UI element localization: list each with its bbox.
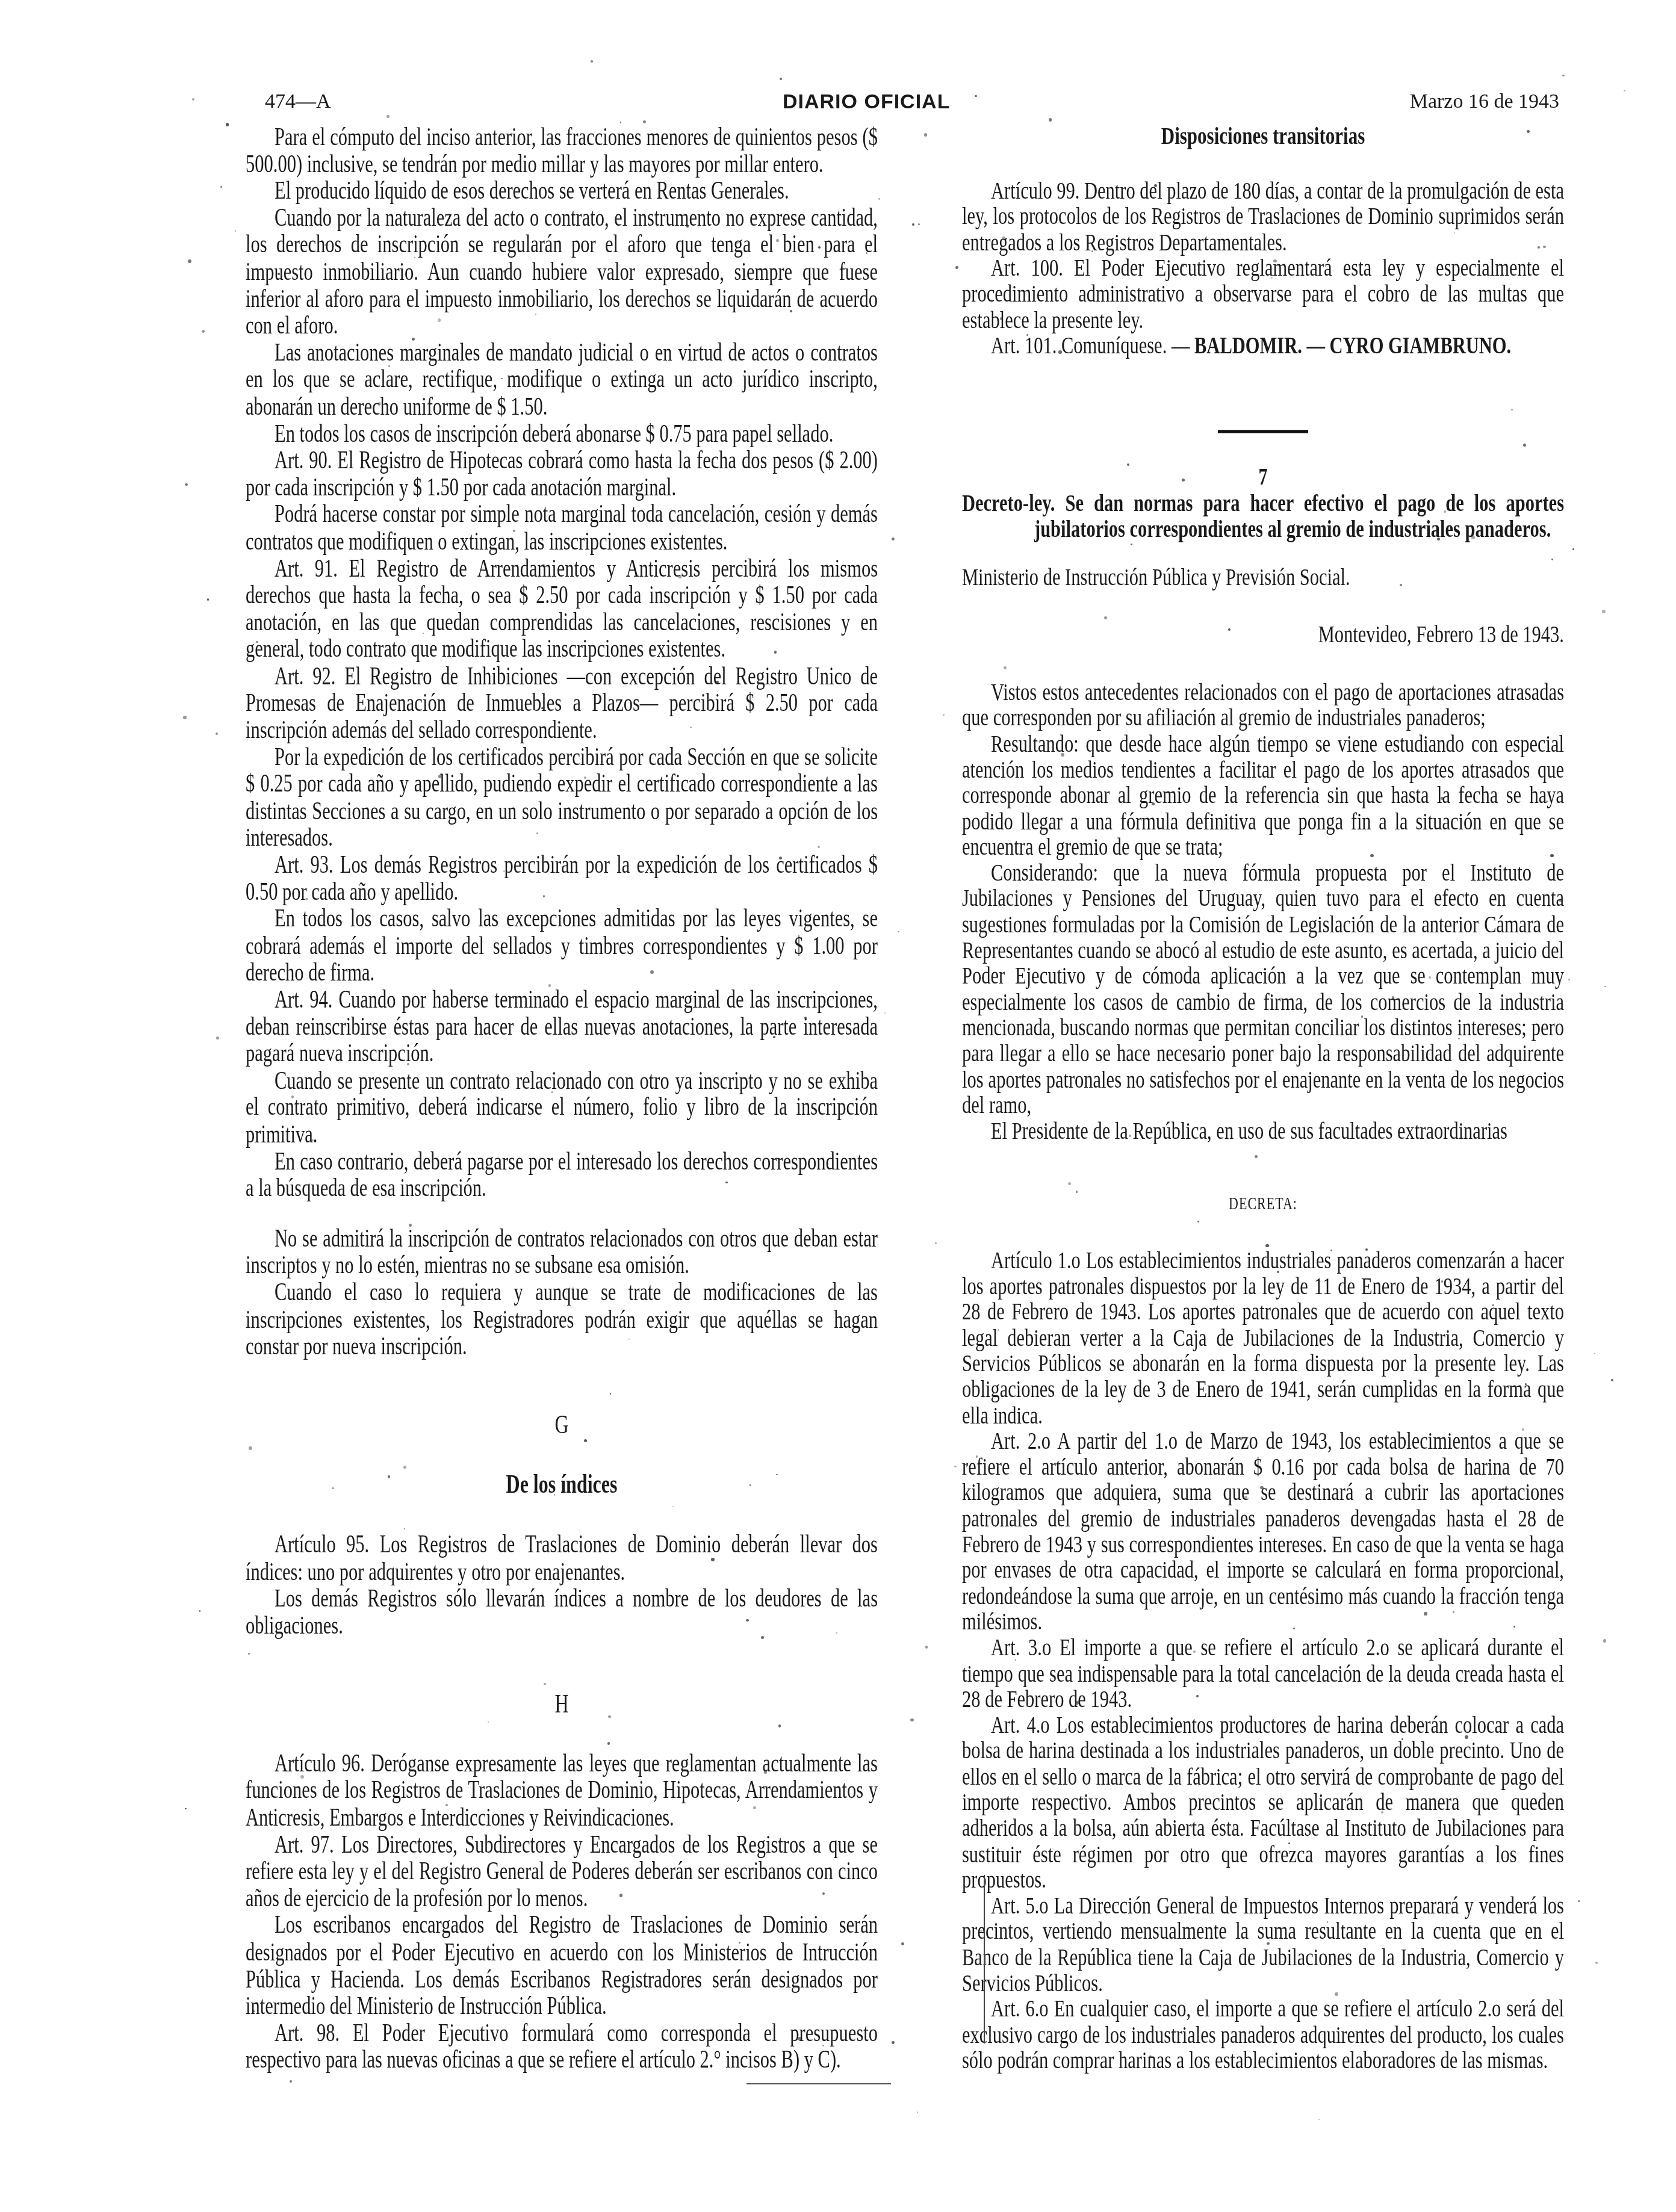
- article-paragraph: Art. 2.o A partir del 1.o de Marzo de 19…: [962, 1428, 1564, 1635]
- section-h-paragraphs: Artículo 96. Deróganse expresamente las …: [246, 1750, 878, 2074]
- paragraph: Art. 92. El Registro de Inhibiciones —co…: [246, 663, 878, 743]
- paragraph: Los escribanos encargados del Registro d…: [246, 1912, 878, 2019]
- section-title-transitional: Disposiciones transitorias: [962, 123, 1564, 149]
- paragraph: Cuando por la naturaleza del acto o cont…: [246, 204, 878, 339]
- decreta-label: DECRETA:: [962, 1192, 1564, 1218]
- paragraph: Art. 100. El Poder Ejecutivo reglamentar…: [962, 255, 1564, 333]
- left-paragraphs-mid: No se admitirá la inscripción de contrat…: [246, 1225, 878, 1360]
- preamble-paragraph: El Presidente de la República, en uso de…: [962, 1118, 1564, 1144]
- section-letter-g: G: [246, 1411, 878, 1438]
- paragraph: Para el cómputo del inciso anterior, las…: [246, 123, 878, 178]
- decree-articles: Artículo 1.o Los establecimientos indust…: [962, 1247, 1564, 2074]
- ministry-line: Ministerio de Instrucción Pública y Prev…: [962, 564, 1564, 590]
- preamble-paragraph: Resultando: que desde hace algún tiempo …: [962, 731, 1564, 860]
- section-divider: [1218, 430, 1308, 433]
- article-paragraph: Art. 6.o En cualquier caso, el importe a…: [962, 1996, 1564, 2074]
- right-column: Disposiciones transitorias Artículo 99. …: [962, 123, 1564, 2074]
- place-date: Montevideo, Febrero 13 de 1943.: [962, 622, 1564, 648]
- paragraph: En todos los casos, salvo las excepcione…: [246, 905, 878, 986]
- paragraph: En todos los casos de inscripción deberá…: [246, 420, 878, 447]
- paragraph: Cuando el caso lo requiera y aunque se t…: [246, 1278, 878, 1359]
- left-column: Para el cómputo del inciso anterior, las…: [246, 123, 878, 2074]
- preamble-paragraph: Vistos estos antecedentes relacionados c…: [962, 679, 1564, 731]
- decree-number: 7: [962, 465, 1564, 491]
- paragraph: Las anotaciones marginales de mandato ju…: [246, 339, 878, 420]
- section-title-indices: De los índices: [246, 1471, 878, 1498]
- newspaper-page: 474—A DIARIO OFICIAL Marzo 16 de 1943 Pa…: [0, 0, 1676, 2212]
- scan-artifact-line: [984, 1875, 985, 2043]
- paragraph: En caso contrario, deberá pagarse por el…: [246, 1148, 878, 1202]
- page-header: 474—A DIARIO OFICIAL Marzo 16 de 1943: [265, 90, 1559, 120]
- paragraph: Los demás Registros sólo llevarán índice…: [246, 1585, 878, 1639]
- section-g-paragraphs: Artículo 95. Los Registros de Traslacion…: [246, 1531, 878, 1638]
- signature: BALDOMIR. — CYRO GIAMBRUNO.: [1194, 332, 1511, 359]
- article-paragraph: Art. 3.o El importe a que se refiere el …: [962, 1635, 1564, 1712]
- article-paragraph: Art. 5.o La Dirección General de Impuest…: [962, 1893, 1564, 1997]
- paragraph: Art. 90. El Registro de Hipotecas cobrar…: [246, 447, 878, 501]
- section-letter-h: H: [246, 1690, 878, 1717]
- preamble-paragraph: Considerando: que la nueva fórmula propu…: [962, 860, 1564, 1118]
- paragraph: Artículo 99. Dentro del plazo de 180 día…: [962, 178, 1564, 255]
- paragraph: Artículo 95. Los Registros de Traslacion…: [246, 1531, 878, 1585]
- paragraph: No se admitirá la inscripción de contrat…: [246, 1225, 878, 1279]
- issue-date: Marzo 16 de 1943: [1410, 90, 1559, 113]
- paragraph: Por la expedición de los certificados pe…: [246, 743, 878, 851]
- article-paragraph: Artículo 1.o Los establecimientos indust…: [962, 1247, 1564, 1428]
- decree-heading: Decreto-ley. Se dan normas para hacer ef…: [962, 491, 1564, 542]
- paragraph: Podrá hacerse constar por simple nota ma…: [246, 501, 878, 555]
- decree-preamble: Vistos estos antecedentes relacionados c…: [962, 679, 1564, 1144]
- paragraph: Artículo 96. Deróganse expresamente las …: [246, 1750, 878, 1831]
- paragraph: Art. 93. Los demás Registros percibirán …: [246, 851, 878, 905]
- paragraph: El producido líquido de esos derechos se…: [246, 178, 878, 205]
- transitional-paragraphs: Artículo 99. Dentro del plazo de 180 día…: [962, 178, 1564, 332]
- publication-title: DIARIO OFICIAL: [783, 90, 950, 114]
- paragraph: Art. 91. El Registro de Arrendamientos y…: [246, 555, 878, 663]
- paragraph: Art. 98. El Poder Ejecutivo formulará co…: [246, 2019, 878, 2074]
- paragraph: Art. 94. Cuando por haberse terminado el…: [246, 986, 878, 1067]
- paragraph: Art. 97. Los Directores, Subdirectores y…: [246, 1831, 878, 1912]
- article-paragraph: Art. 4.o Los establecimientos productore…: [962, 1712, 1564, 1892]
- end-rule: [746, 2083, 891, 2084]
- final-article: Art. 101. Comuníquese. — BALDOMIR. — CYR…: [962, 333, 1564, 359]
- page-number: 474—A: [265, 90, 331, 113]
- paragraph: Cuando se presente un contrato relaciona…: [246, 1067, 878, 1147]
- left-paragraphs-top: Para el cómputo del inciso anterior, las…: [246, 123, 878, 1201]
